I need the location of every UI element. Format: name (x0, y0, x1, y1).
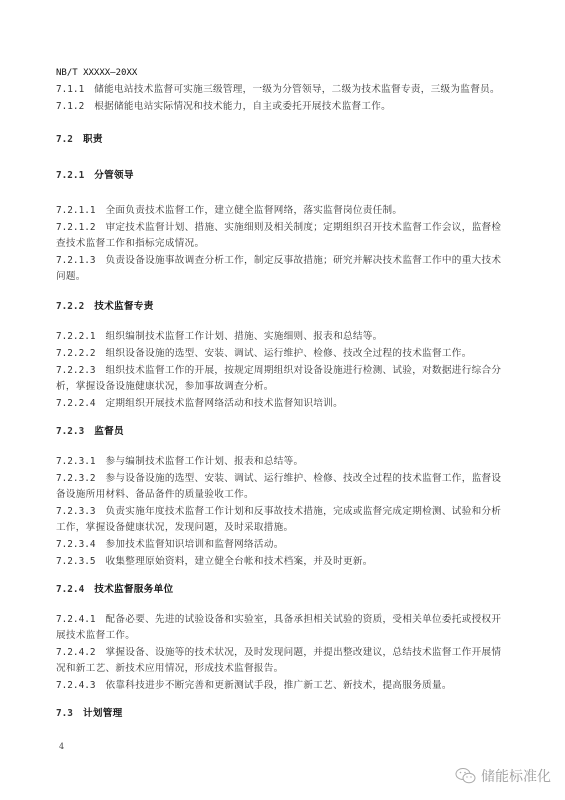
clause-number: 7.3 (56, 708, 73, 719)
clause-number: 7.2 (56, 134, 73, 145)
clause-number: 7.2.3.2 (56, 473, 96, 484)
clause-line: 7.2.4.1配备必要、先进的试验设备和实验室，具备承担相关试验的资质，受相关单… (56, 614, 501, 626)
clause-number: 7.2.1 (56, 170, 84, 181)
clause-number: 7.2.3.3 (56, 506, 96, 517)
clause-number: 7.2.4.1 (56, 614, 96, 625)
wechat-icon (455, 767, 477, 785)
clause-text: 定期组织开展技术监督网络活动和技术监督知识培训。 (106, 398, 343, 409)
clause-text: 收集整理原始资料，建立健全台帐和技术档案，并及时更新。 (106, 556, 373, 567)
clause-number: 7.2.1.2 (56, 222, 96, 233)
clause-line: 7.1.1储能电站技术监督可实施三级管理，一级为分管领导，二级为技术监督专责，三… (56, 84, 500, 96)
clause-number: 7.2.2.3 (56, 365, 96, 376)
clause-line: 展技术监督工作。 (56, 630, 135, 642)
clause-number: 7.1.2 (56, 101, 84, 112)
clause-text: 技术监督专责 (94, 301, 153, 312)
clause-line: 7.2.2.1组织编制技术监督工作计划、措施、实施细则、报表和总结等。 (56, 331, 383, 343)
clause-line: 查技术监督工作和指标完成情况。 (56, 238, 204, 250)
clause-line: 7.2.3.4参加技术监督知识培训和监督网络活动。 (56, 539, 284, 551)
clause-text: 参与编制技术监督工作计划、报表和总结等。 (106, 456, 304, 467)
clause-text: 全面负责技术监督工作，建立健全监督网络，落实监督岗位责任制。 (106, 205, 403, 216)
clause-text: 参加技术监督知识培训和监督网络活动。 (106, 539, 284, 550)
clause-text: 问题。 (56, 271, 86, 282)
clause-text: 工作，掌握设备健康状况，发现问题，及时采取措施。 (56, 522, 293, 533)
section-heading: 7.2.3监督员 (56, 426, 124, 438)
clause-text: 参与设备设施的选型、安装、调试、运行维护、检修、技改全过程的技术监督工作，监督设 (106, 473, 502, 484)
section-heading: 7.2职责 (56, 134, 103, 146)
clause-text: 备设施所用材料、备品备件的质量验收工作。 (56, 489, 254, 500)
clause-number: 7.1.1 (56, 84, 84, 95)
clause-text: 依靠科技进步不断完善和更新测试手段，推广新工艺、新技术，提高服务质量。 (106, 680, 452, 691)
clause-text: 技术监督服务单位 (94, 584, 173, 595)
clause-number: 7.2.3.5 (56, 556, 96, 567)
page-number: 4 (59, 742, 64, 751)
clause-number: 7.2.2.1 (56, 331, 96, 342)
clause-text: 查技术监督工作和指标完成情况。 (56, 238, 204, 249)
clause-line: 工作，掌握设备健康状况，发现问题，及时采取措施。 (56, 522, 293, 534)
clause-line: 7.2.4.3依靠科技进步不断完善和更新测试手段，推广新工艺、新技术，提高服务质… (56, 680, 452, 692)
clause-line: 7.2.2.2组织设备设施的选型、安装、调试、运行维护、检修、技改全过程的技术监… (56, 348, 472, 360)
clause-line: 备设施所用材料、备品备件的质量验收工作。 (56, 489, 254, 501)
watermark: 储能标准化 (455, 766, 551, 786)
clause-text: 分管领导 (94, 170, 134, 181)
clause-line: 7.2.4.2掌握设备、设施等的技术状况，及时发现问题，并提出整改建议，总结技术… (56, 647, 501, 659)
clause-text: 计划管理 (83, 708, 123, 719)
clause-text: 审定技术监督计划、措施、实施细则及相关制度；定期组织召开技术监督工作会议，监督检 (106, 222, 502, 233)
clause-number: 7.2.3 (56, 426, 84, 437)
clause-text: 析，掌握设备设施健康状况，参加事故调查分析。 (56, 381, 274, 392)
clause-line: 7.2.1.3负责设备设施事故调查分析工作，制定反事故措施；研究并解决技术监督工… (56, 255, 501, 267)
clause-text: 监督员 (94, 426, 124, 437)
clause-line: 7.2.3.1参与编制技术监督工作计划、报表和总结等。 (56, 456, 303, 468)
clause-text: 掌握设备、设施等的技术状况，及时发现问题，并提出整改建议，总结技术监督工作开展情 (106, 647, 502, 658)
clause-text: 组织设备设施的选型、安装、调试、运行维护、检修、技改全过程的技术监督工作。 (106, 348, 472, 359)
clause-text: 展技术监督工作。 (56, 630, 135, 641)
clause-text: 储能电站技术监督可实施三级管理，一级为分管领导，二级为技术监督专责，三级为监督员… (94, 84, 500, 95)
clause-text: 负责实施年度技术监督工作计划和反事故技术措施，完成或监督完成定期检测、试验和分析 (106, 506, 502, 517)
clause-number: 7.2.1.3 (56, 255, 96, 266)
clause-number: 7.2.1.1 (56, 205, 96, 216)
clause-number: 7.2.4 (56, 584, 84, 595)
clause-line: 7.2.1.1全面负责技术监督工作，建立健全监督网络，落实监督岗位责任制。 (56, 205, 402, 217)
clause-number: 7.2.2.4 (56, 398, 96, 409)
clause-number: 7.2.4.2 (56, 647, 96, 658)
watermark-text: 储能标准化 (481, 766, 551, 786)
clause-number: 7.2.2.2 (56, 348, 96, 359)
clause-number: 7.2.3.4 (56, 539, 96, 550)
clause-line: 7.2.3.2参与设备设施的选型、安装、调试、运行维护、检修、技改全过程的技术监… (56, 473, 501, 485)
section-heading: 7.2.1分管领导 (56, 170, 134, 182)
section-heading: 7.2.2技术监督专责 (56, 301, 154, 313)
clause-line: 7.2.3.3负责实施年度技术监督工作计划和反事故技术措施，完成或监督完成定期检… (56, 506, 501, 518)
clause-line: 7.2.2.4定期组织开展技术监督网络活动和技术监督知识培训。 (56, 398, 343, 410)
section-heading: 7.2.4技术监督服务单位 (56, 584, 173, 596)
clause-line: 7.2.2.3组织技术监督工作的开展，按规定周期组织对设备设施进行检测、试验，对… (56, 365, 501, 377)
clause-number: 7.2.3.1 (56, 456, 96, 467)
clause-text: 负责设备设施事故调查分析工作，制定反事故措施；研究并解决技术监督工作中的重大技术 (106, 255, 502, 266)
clause-number: 7.2.2 (56, 301, 84, 312)
clause-line: 7.1.2根据储能电站实际情况和技术能力，自主或委托开展技术监督工作。 (56, 101, 391, 113)
clause-text: 组织编制技术监督工作计划、措施、实施细则、报表和总结等。 (106, 331, 383, 342)
clause-text: 职责 (83, 134, 103, 145)
section-heading: 7.3计划管理 (56, 708, 123, 720)
clause-line: 7.2.3.5收集整理原始资料，建立健全台帐和技术档案，并及时更新。 (56, 556, 373, 568)
clause-text: 根据储能电站实际情况和技术能力，自主或委托开展技术监督工作。 (94, 101, 391, 112)
clause-line: 况和新工艺、新技术应用情况，形成技术监督报告。 (56, 663, 284, 675)
clause-text: 况和新工艺、新技术应用情况，形成技术监督报告。 (56, 663, 284, 674)
clause-number: 7.2.4.3 (56, 680, 96, 691)
clause-line: 问题。 (56, 271, 86, 283)
clause-line: 析，掌握设备设施健康状况，参加事故调查分析。 (56, 381, 274, 393)
document-header: NB/T XXXXX—20XX (56, 67, 137, 79)
clause-text: 配备必要、先进的试验设备和实验室，具备承担相关试验的资质，受相关单位委托或授权开 (106, 614, 502, 625)
clause-line: 7.2.1.2审定技术监督计划、措施、实施细则及相关制度；定期组织召开技术监督工… (56, 222, 501, 234)
clause-text: 组织技术监督工作的开展，按规定周期组织对设备设施进行检测、试验，对数据进行综合分 (106, 365, 502, 376)
